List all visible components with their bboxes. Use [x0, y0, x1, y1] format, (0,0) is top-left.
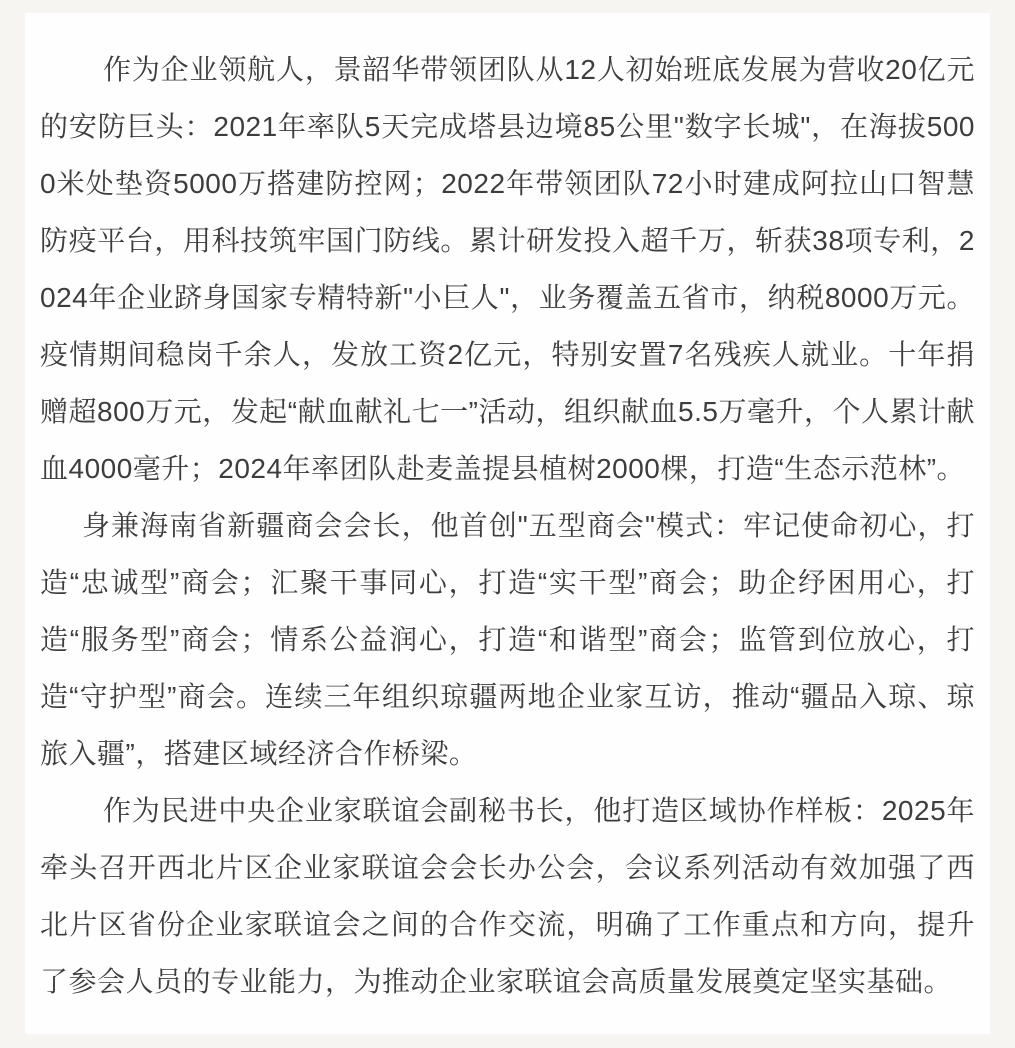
document-page: 作为企业领航人，景韶华带领团队从12人初始班底发展为营收20亿元的安防巨头：20…: [25, 13, 990, 1034]
app-background: { "document": { "colors": { "background"…: [0, 0, 1015, 1048]
paragraph-chamber-of-commerce: 身兼海南省新疆商会会长，他首创"五型商会"模式：牢记使命初心，打造“忠诚型”商会…: [40, 497, 975, 782]
paragraph-federation-role: 作为民进中央企业家联谊会副秘书长，他打造区域协作样板：2025年牵头召开西北片区…: [40, 782, 975, 1010]
paragraph-achievements: 作为企业领航人，景韶华带领团队从12人初始班底发展为营收20亿元的安防巨头：20…: [40, 41, 975, 497]
